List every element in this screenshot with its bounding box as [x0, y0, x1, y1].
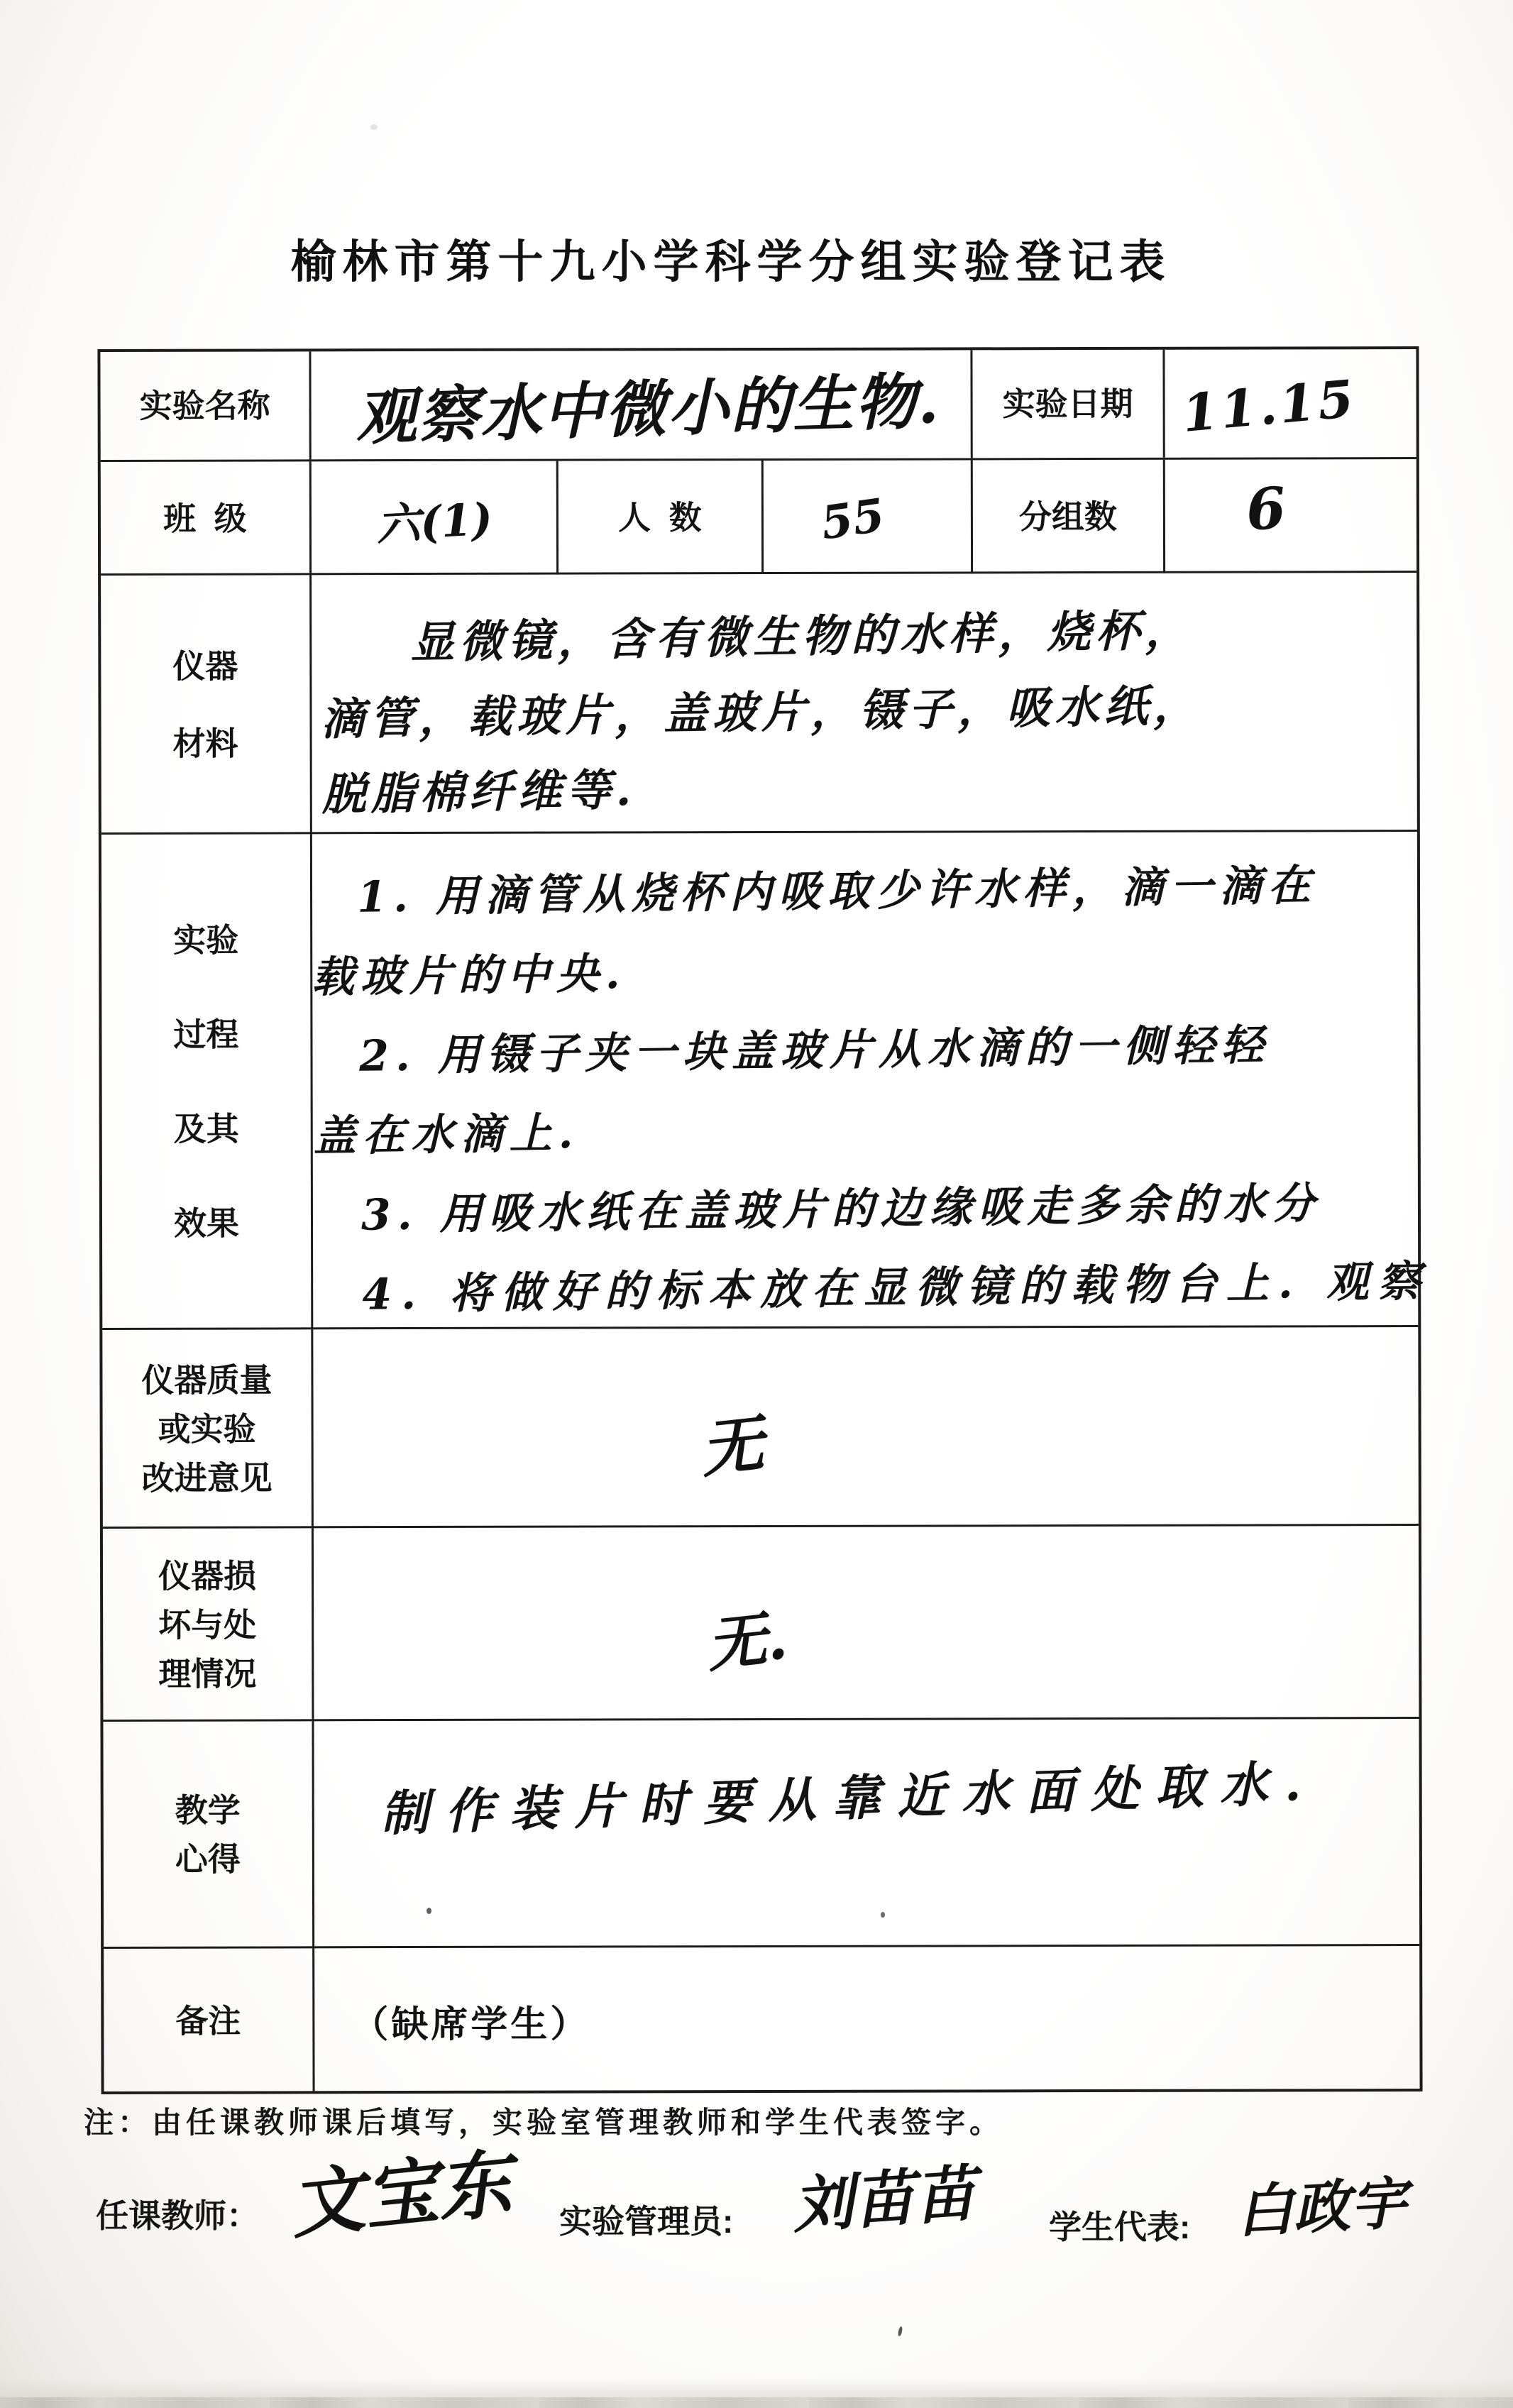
table-row-materials: 仪器 材料 显微镜，含有微生物的水样，烧杯， 滴管，载玻片，盖玻片，镊子，吸水纸… [101, 571, 1417, 832]
teaching-reflection-label: 教学 心得 [103, 1721, 312, 1949]
headcount-value-cell: 55 [761, 460, 971, 574]
group-count-label: 分组数 [971, 460, 1163, 574]
group-count-value-cell: 6 [1163, 459, 1416, 573]
group-count-value: 6 [1244, 474, 1288, 544]
experiment-name-value-cell: 观察水中微小的生物. [309, 350, 970, 459]
damage-handling-label: 仪器损 坏与处 理情况 [103, 1528, 312, 1722]
remark-value: （缺席学生） [314, 1994, 590, 2047]
quality-feedback-label: 仪器质量 或实验 改进意见 [102, 1329, 312, 1529]
paper-speck [370, 124, 378, 130]
ink-speck [427, 1908, 431, 1914]
materials-value-cell: 显微镜，含有微生物的水样，烧杯， 滴管，载玻片，盖玻片，镊子，吸水纸， 脱脂棉纤… [309, 573, 1417, 834]
headcount-label: 人 数 [556, 461, 761, 575]
scanned-form-page: 榆林市第十九小学科学分组实验登记表 实验名称 观察水中微小的生物. 实验日期 1… [0, 0, 1513, 2408]
experiment-name-label: 实验名称 [100, 351, 309, 460]
damage-handling-value: 无. [702, 1590, 791, 1683]
materials-value: 显微镜，含有微生物的水样，烧杯， 滴管，载玻片，盖玻片，镊子，吸水纸， 脱脂棉纤… [310, 565, 1419, 832]
quality-feedback-value-cell: 无 [311, 1327, 1419, 1528]
lab-manager-signature: 刘苗苗 [789, 2144, 978, 2245]
damage-handling-value-cell: 无. [312, 1526, 1419, 1721]
student-rep-signature: 白政宇 [1234, 2157, 1409, 2248]
registration-table: 实验名称 观察水中微小的生物. 实验日期 11.15 班 级 六(1) 人 数 [97, 346, 1422, 2094]
teaching-reflection-value-cell: 制作装片时要从靠近水面处取水. [312, 1719, 1419, 1948]
remark-value-cell: （缺席学生） [312, 1946, 1419, 2093]
headcount-value: 55 [818, 488, 888, 550]
table-row-experiment-name: 实验名称 观察水中微小的生物. 实验日期 11.15 [100, 349, 1416, 460]
footer-note: 注：由任课教师课后填写，实验室管理教师和学生代表签字。 [84, 2099, 1003, 2142]
table-row-remark: 备注 （缺席学生） [104, 1944, 1419, 2091]
ink-speck [881, 1912, 885, 1918]
teacher-signature: 文宝东 [285, 2123, 516, 2253]
procedure-label: 实验 过程 及其 效果 [101, 834, 311, 1330]
photo-edge-band [0, 2397, 1513, 2408]
materials-label: 仪器 材料 [101, 575, 310, 835]
procedure-value-cell: 1. 用滴管从烧杯内吸取少许水样，滴一滴在 载玻片的中央. 2. 用镊子夹一块盖… [310, 832, 1428, 1329]
table-row-class-info: 班 级 六(1) 人 数 55 分组数 6 [101, 457, 1416, 573]
class-value: 六(1) [374, 483, 493, 553]
page-title: 榆林市第十九小学科学分组实验登记表 [0, 226, 1462, 291]
lab-manager-signature-label: 实验管理员: [559, 2196, 733, 2243]
teaching-reflection-value: 制作装片时要从靠近水面处取水. [312, 1703, 1318, 1847]
ink-speck [898, 2326, 903, 2337]
table-row-teaching-reflection: 教学 心得 制作装片时要从靠近水面处取水. [103, 1717, 1419, 1947]
class-label: 班 级 [101, 461, 309, 576]
quality-feedback-value: 无 [696, 1395, 768, 1490]
teacher-signature-label: 任课教师： [96, 2190, 259, 2237]
experiment-date-label: 实验日期 [970, 350, 1162, 458]
table-row-quality-feedback: 仪器质量 或实验 改进意见 无 [102, 1325, 1419, 1527]
class-value-cell: 六(1) [309, 461, 556, 576]
photo-bottom-shadow [0, 2379, 1513, 2397]
table-row-procedure: 实验 过程 及其 效果 1. 用滴管从烧杯内吸取少许水样，滴一滴在 载玻片的中央… [101, 830, 1418, 1328]
student-rep-signature-label: 学生代表: [1049, 2201, 1190, 2248]
table-row-damage-handling: 仪器损 坏与处 理情况 无. [103, 1524, 1419, 1720]
experiment-date-value: 11.15 [1180, 368, 1359, 444]
procedure-value: 1. 用滴管从烧杯内吸取少许水样，滴一滴在 载玻片的中央. 2. 用镊子夹一块盖… [309, 826, 1430, 1336]
experiment-date-value-cell: 11.15 [1162, 349, 1416, 458]
experiment-name-value: 观察水中微小的生物. [310, 352, 941, 458]
remark-label: 备注 [104, 1948, 312, 2094]
